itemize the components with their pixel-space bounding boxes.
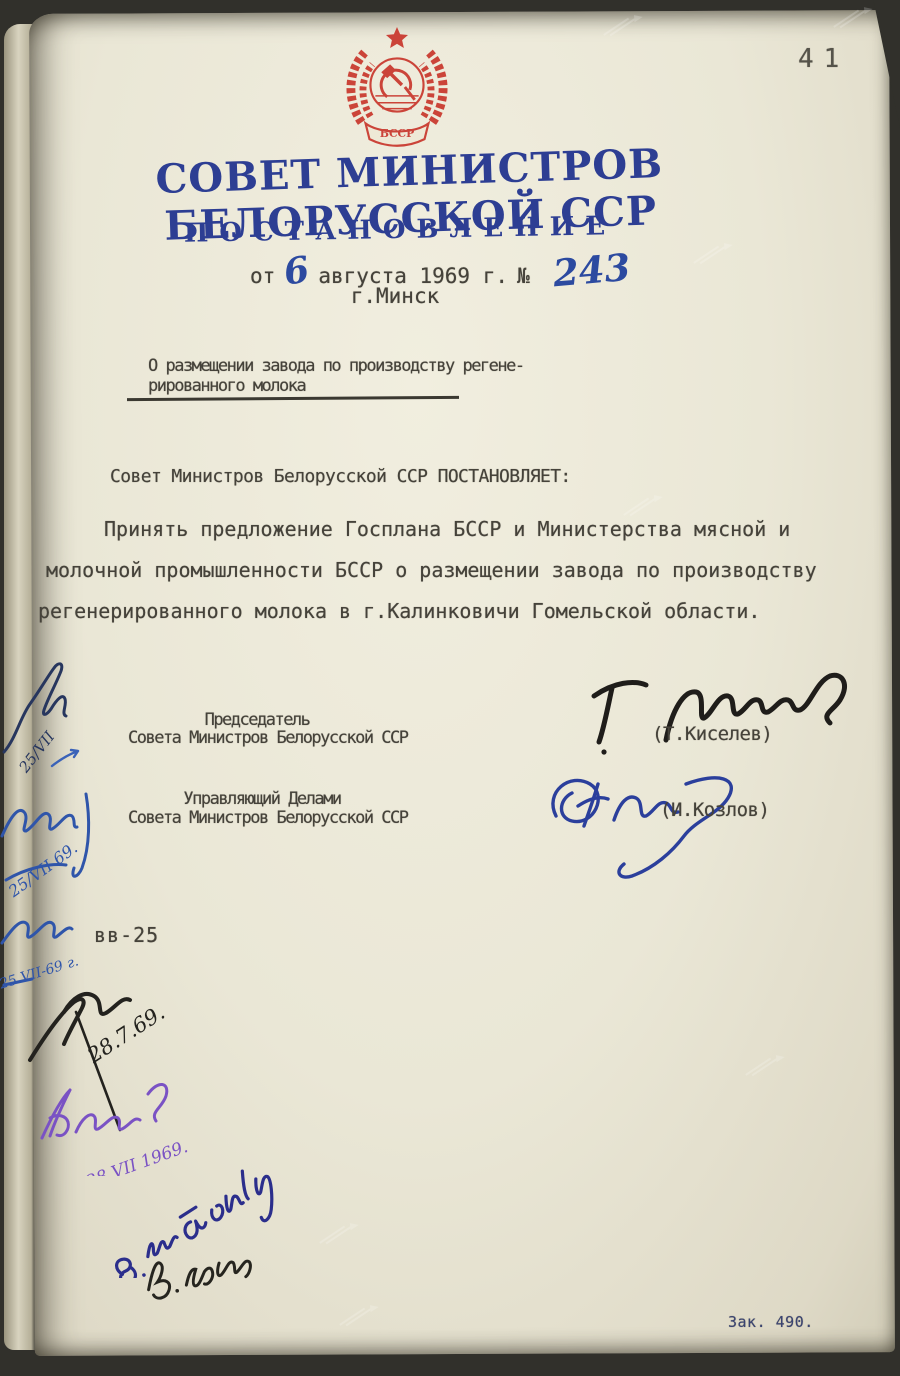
city-line: г.Минск <box>320 284 470 308</box>
archive-page-number: 41 <box>798 44 849 74</box>
subject-line-2: рированного молока <box>148 376 305 396</box>
body-line-2: молочной промышленности БССР о размещени… <box>46 558 817 582</box>
chairman-title-1: Председатель <box>128 710 386 730</box>
chairman-name-typed: (Т.Киселев) <box>652 723 772 745</box>
scanned-document-photo: 41 БССР СОВЕТ МИНИСТРОВ БЕЛОРУССКОЙ ССР … <box>0 0 900 1376</box>
manager-ink-signature <box>536 762 780 894</box>
manager-name-typed: (И.Козлов) <box>660 799 769 821</box>
file-code-note: вв-25 <box>94 923 159 947</box>
date-day-handwritten: 6 <box>281 248 312 293</box>
bssr-coat-of-arms-icon: БССР <box>338 24 456 148</box>
document-number-handwritten: 243 <box>551 245 632 296</box>
margin-signature-a: 25/VII <box>0 652 94 777</box>
print-order-note: Зак. 490. <box>728 1313 814 1331</box>
manager-title-2: Совета Министров Белорусской ССР <box>128 808 408 828</box>
margin-signature-b: 25/VII 69. <box>0 778 122 900</box>
date-prefix: от <box>250 264 275 288</box>
emblem-ribbon-text: БССР <box>380 127 415 140</box>
margin-date-b: 25/VII 69. <box>4 838 81 900</box>
body-line-3: регенерированного молока в г.Калинковичи… <box>38 599 760 623</box>
margin-signature-g <box>128 1222 283 1317</box>
number-sign: № <box>517 264 530 288</box>
subject-line-1: О размещении завода по производству реге… <box>148 356 524 376</box>
margin-date-a: 25/VII <box>15 727 59 777</box>
body-line-1: Принять предложение Госплана БССР и Мини… <box>104 517 790 541</box>
chairman-ink-signature <box>578 652 864 764</box>
manager-title-1: Управляющий Делами <box>128 789 396 809</box>
resolution-intro: Совет Министров Белорусской ССР ПОСТАНОВ… <box>110 466 571 487</box>
chairman-title-2: Совета Министров Белорусской ССР <box>128 728 408 748</box>
